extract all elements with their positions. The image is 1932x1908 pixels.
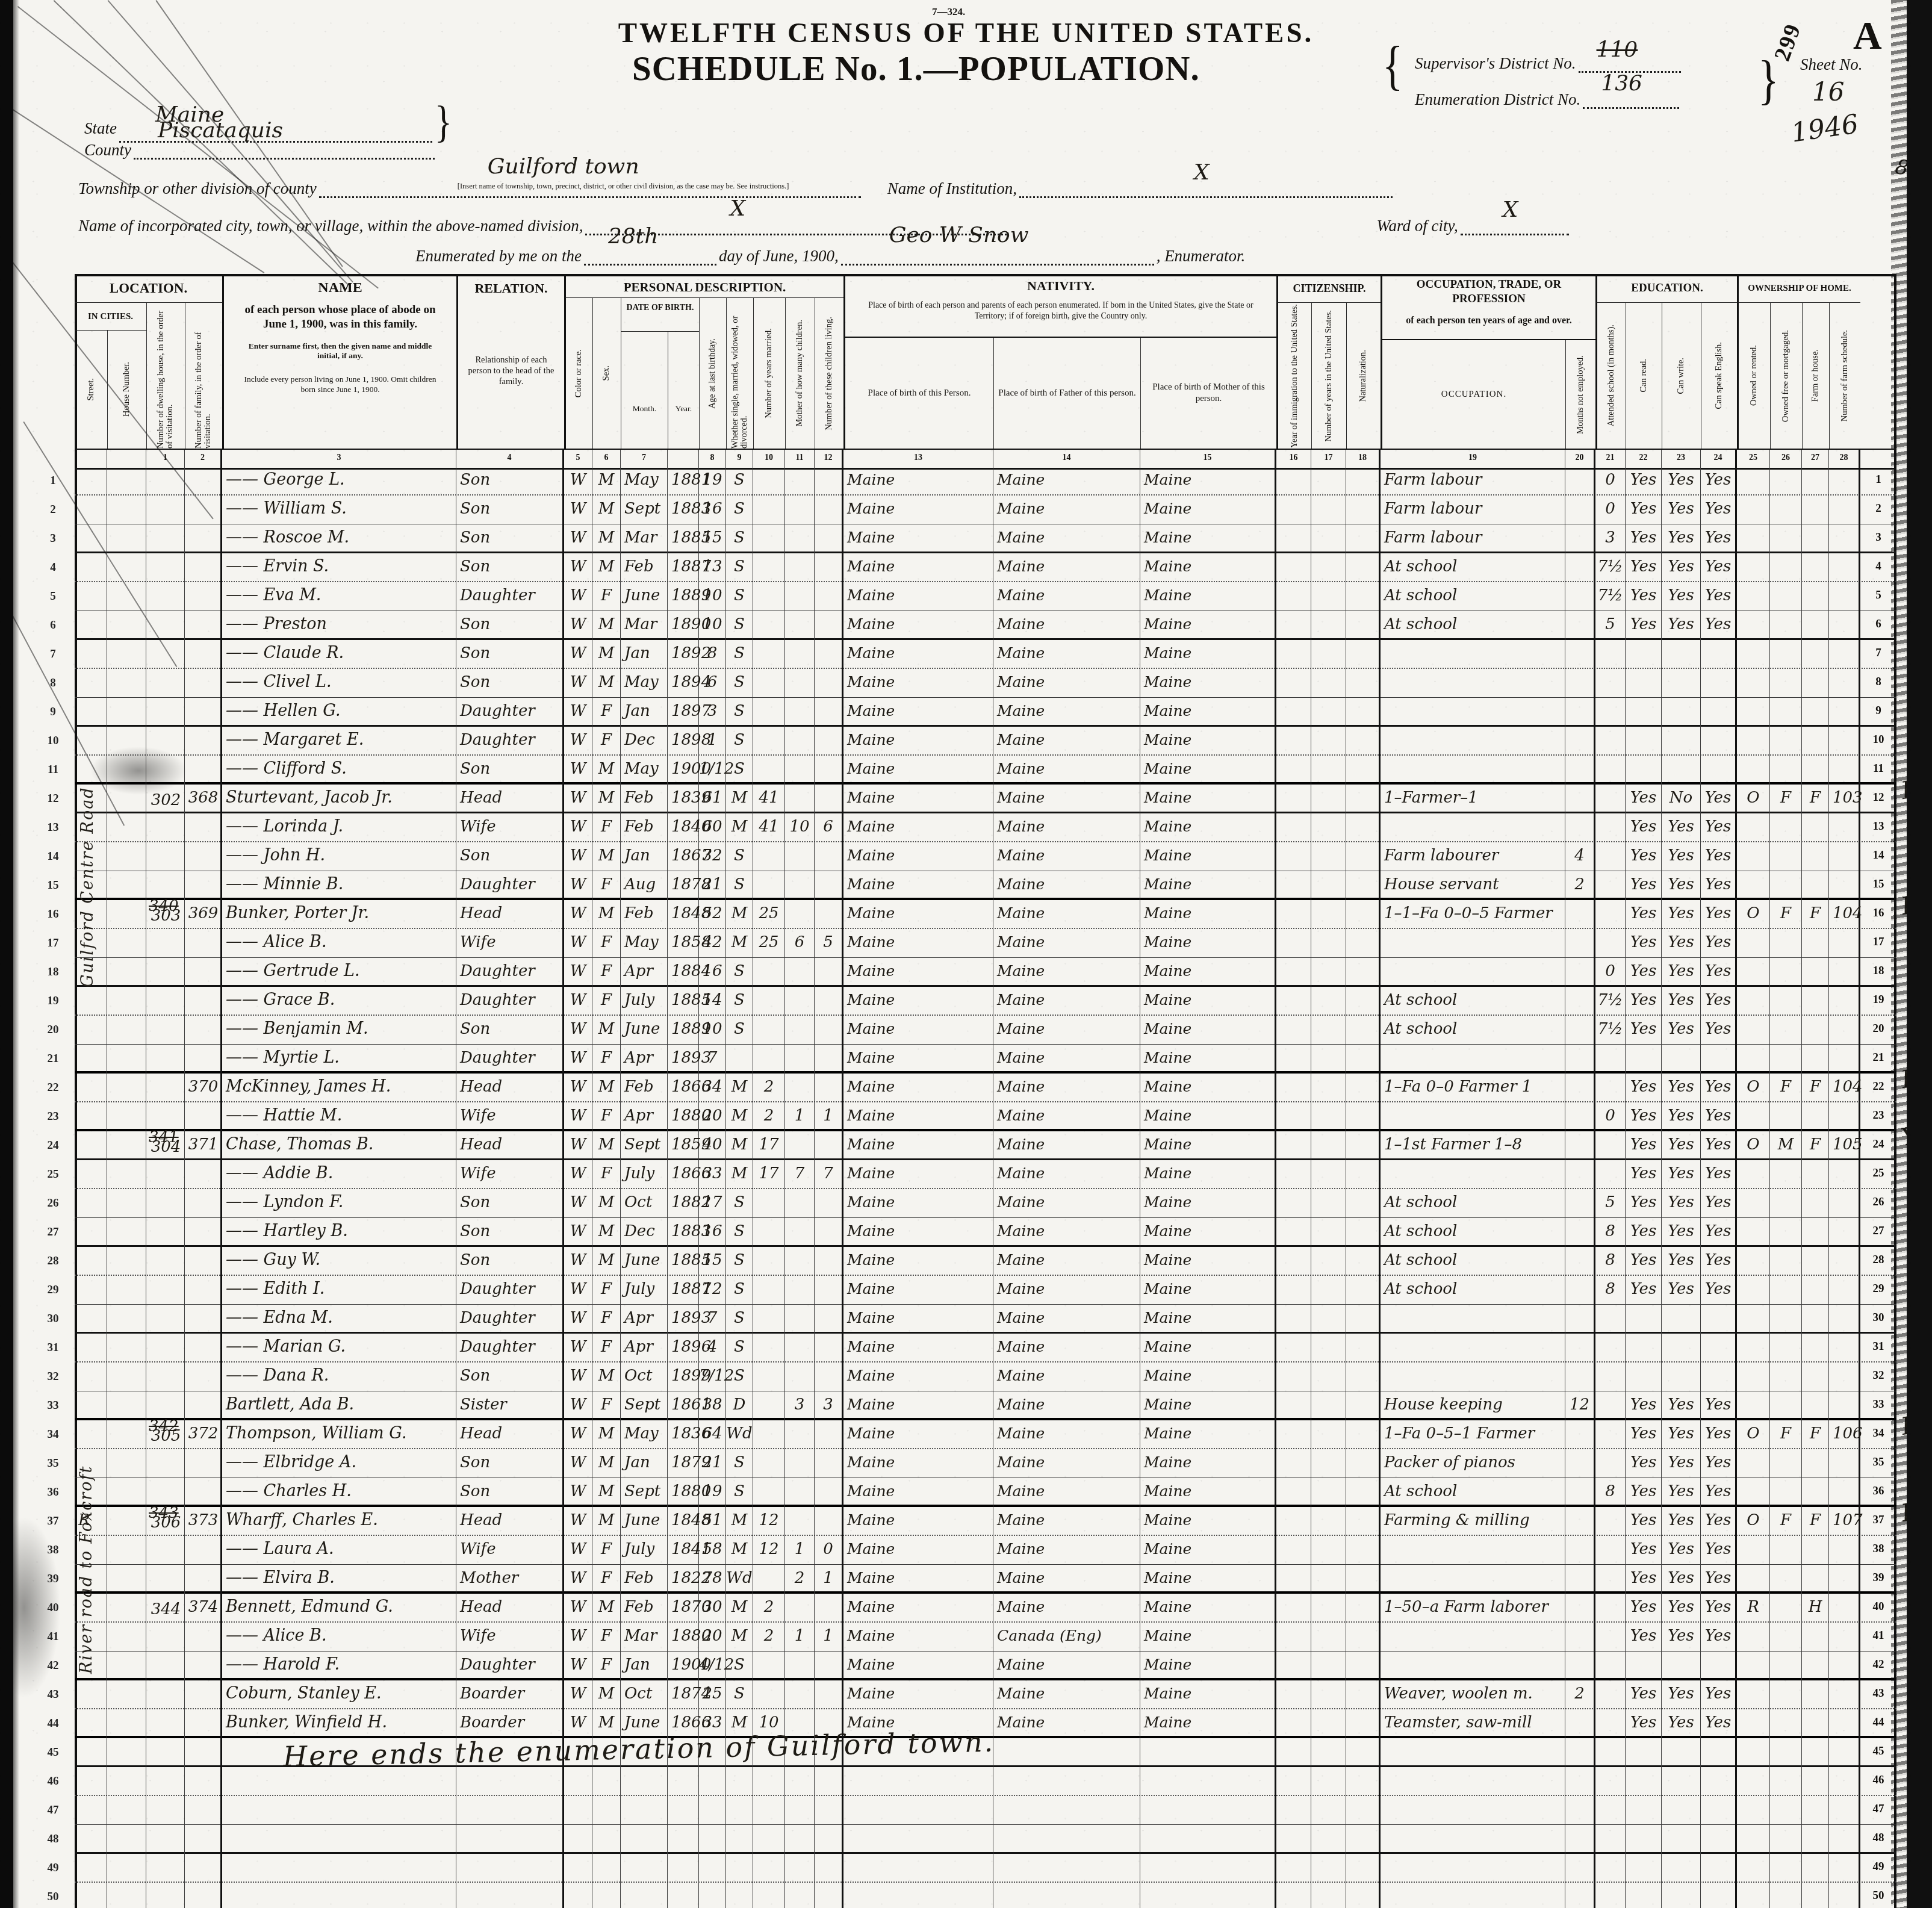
cell-ym-r40: 2 (753, 1594, 785, 1623)
cell-pb-r31: Maine (843, 1334, 993, 1363)
cell-mo-r18: Apr (621, 958, 668, 987)
cell-ag-r8: 6 (699, 669, 726, 698)
table-row-39: —— Elvira B.MotherWFFeb182278Wd21MaineMa… (75, 1565, 1896, 1594)
cell-ag-r19: 14 (699, 987, 726, 1016)
cell-wr-r16: Yes (1662, 900, 1701, 929)
cell-yr-r3: 1885 (668, 524, 699, 553)
cell-ne-r14: 4 (1565, 842, 1595, 871)
cell-en-r18: Yes (1701, 958, 1737, 987)
cell-cl-r23: 1 (815, 1102, 843, 1131)
cell-sc-r13 (1595, 813, 1626, 842)
cell-fm-r41 (185, 1623, 222, 1652)
cell-en-r50 (1701, 1883, 1737, 1908)
cell-ag-r49 (699, 1854, 726, 1883)
cell-fh-r16: F (1802, 900, 1829, 929)
table-row-35: —— Elbridge A.SonWMJan187921SMaineMaineM… (75, 1449, 1896, 1478)
cell-cl-r16 (815, 900, 843, 929)
cell-rd-r3: Yes (1626, 524, 1662, 553)
cell-na-r11 (1346, 756, 1381, 785)
cell-im-r2 (1276, 496, 1311, 524)
cell-mo-r6: Mar (621, 611, 668, 640)
cell-cl-r5 (815, 582, 843, 611)
cell-pf-r6: Maine (993, 611, 1140, 640)
col-farm-or-house: Farm or house. (1802, 303, 1829, 449)
cell-na-r12 (1346, 785, 1381, 813)
cell-en-r26: Yes (1701, 1189, 1737, 1218)
table-row-31: —— Marian G.DaughterWFApr18964SMaineMain… (75, 1334, 1896, 1363)
cell-hs-r8 (107, 669, 146, 698)
cell-fs-r2 (1829, 496, 1860, 524)
cell-yu-r45 (1311, 1738, 1346, 1767)
cell-pb-r37: Maine (843, 1507, 993, 1536)
cell-mo-r8: May (621, 669, 668, 698)
cell-rd-r32 (1626, 1363, 1662, 1391)
cell-pb-r35: Maine (843, 1449, 993, 1478)
group-occupation: OCCUPATION, TRADE, OR PROFESSION (1381, 274, 1595, 312)
cell-ym-r3 (753, 524, 785, 553)
cell-sc-r25 (1595, 1160, 1626, 1189)
cell-nm-r21: —— Myrtie L. (222, 1045, 456, 1074)
cell-rd-r2: Yes (1626, 496, 1662, 524)
cell-wr-r24: Yes (1662, 1131, 1701, 1160)
cell-pb-r29: Maine (843, 1276, 993, 1305)
cell-im-r42 (1276, 1652, 1311, 1680)
cell-fs-r22: 104 (1829, 1074, 1860, 1102)
cell-pf-r28: Maine (993, 1247, 1140, 1276)
cell-ym-r8 (753, 669, 785, 698)
cell-hs-r11 (107, 756, 146, 785)
cell-pm-r22: Maine (1140, 1074, 1276, 1102)
cell-ow-r45 (1737, 1738, 1770, 1767)
table-row-23: —— Hattie M.WifeWFApr188020M211MaineMain… (75, 1102, 1896, 1131)
cell-ow-r33 (1737, 1391, 1770, 1420)
colnum-en: 24 (1701, 450, 1737, 468)
cell-oc-r7 (1381, 640, 1565, 669)
cell-pb-r10: Maine (843, 727, 993, 756)
cell-pm-r20: Maine (1140, 1016, 1276, 1045)
cell-ne-r28 (1565, 1247, 1595, 1276)
cell-pb-r28: Maine (843, 1247, 993, 1276)
colnum-fm: 2 (185, 450, 222, 468)
cell-hs-r21 (107, 1045, 146, 1074)
cell-oc-r42 (1381, 1652, 1565, 1680)
col-children-living: Number of these children living. (815, 298, 843, 449)
cell-yr-r11: 1900 (668, 756, 699, 785)
cell-na-r34 (1346, 1420, 1381, 1449)
cell-oc-r29: At school (1381, 1276, 1565, 1305)
cell-yu-r10 (1311, 727, 1346, 756)
cell-mb-r8 (785, 669, 815, 698)
cell-rl-r33: Sister (456, 1391, 564, 1420)
cell-ne-r39 (1565, 1565, 1595, 1594)
table-row-14: —— John H.SonWMJan186732SMaineMaineMaine… (75, 842, 1896, 871)
brace-open: { (1382, 35, 1403, 98)
cell-wr-r23: Yes (1662, 1102, 1701, 1131)
cell-dw-r17 (146, 929, 185, 958)
cell-en-r1: Yes (1701, 467, 1737, 496)
cell-fh-r34: F (1802, 1420, 1829, 1449)
cell-en-r6: Yes (1701, 611, 1737, 640)
cell-na-r33 (1346, 1391, 1381, 1420)
cell-dw-r35 (146, 1449, 185, 1478)
cell-sc-r47 (1595, 1796, 1626, 1825)
cell-ym-r28 (753, 1247, 785, 1276)
cell-im-r26 (1276, 1189, 1311, 1218)
cell-rd-r15: Yes (1626, 871, 1662, 900)
cell-ms-r36: S (726, 1478, 753, 1507)
cell-fs-r13 (1829, 813, 1860, 842)
cell-rd-r42 (1626, 1652, 1662, 1680)
cell-pm-r16: Maine (1140, 900, 1276, 929)
cell-fh-r17 (1802, 929, 1829, 958)
cell-na-r25 (1346, 1160, 1381, 1189)
left-row-number-24: 24 (35, 1131, 71, 1160)
cell-na-r7 (1346, 640, 1381, 669)
cell-hs-r38 (107, 1536, 146, 1565)
cell-en-r42 (1701, 1652, 1737, 1680)
cell-oc-r13 (1381, 813, 1565, 842)
cell-wr-r10 (1662, 727, 1701, 756)
cell-hs-r14 (107, 842, 146, 871)
cell-yr-r32: 1899 (668, 1363, 699, 1391)
cell-pm-r46 (1140, 1767, 1276, 1796)
cell-nm-r10: —— Margaret E. (222, 727, 456, 756)
cell-rl-r25: Wife (456, 1160, 564, 1189)
cell-pm-r23: Maine (1140, 1102, 1276, 1131)
cell-ne-r35 (1565, 1449, 1595, 1478)
cell-ne-r3 (1565, 524, 1595, 553)
cell-oc-r11 (1381, 756, 1565, 785)
cell-fm-r26 (185, 1189, 222, 1218)
sheet-no-label: Sheet No. (1800, 55, 1862, 73)
cell-yu-r15 (1311, 871, 1346, 900)
cell-cl-r41: 1 (815, 1623, 843, 1652)
cell-hs-r36 (107, 1478, 146, 1507)
cell-pb-r8: Maine (843, 669, 993, 698)
left-row-number-47: 47 (35, 1796, 71, 1825)
cell-mb-r41: 1 (785, 1623, 815, 1652)
cell-ag-r1: 19 (699, 467, 726, 496)
cell-co-r22: W (564, 1074, 592, 1102)
cell-fh-r4 (1802, 553, 1829, 582)
cell-oc-r27: At school (1381, 1218, 1565, 1247)
cell-fm-r2 (185, 496, 222, 524)
cell-pm-r13: Maine (1140, 813, 1276, 842)
cell-pf-r50 (993, 1883, 1140, 1908)
cell-ag-r13: 60 (699, 813, 726, 842)
cell-pm-r29: Maine (1140, 1276, 1276, 1305)
cell-sc-r45 (1595, 1738, 1626, 1767)
cell-ow-r2 (1737, 496, 1770, 524)
cell-ne-r45 (1565, 1738, 1595, 1767)
cell-pm-r1: Maine (1140, 467, 1276, 496)
cell-ms-r34: Wd (726, 1420, 753, 1449)
cell-yr-r18: 1884 (668, 958, 699, 987)
cell-ag-r6: 10 (699, 611, 726, 640)
cell-ow-r11 (1737, 756, 1770, 785)
cell-fm-r1 (185, 467, 222, 496)
margin-handwritten-year: 1946 (1789, 108, 1860, 148)
cell-yu-r48 (1311, 1825, 1346, 1854)
institution-label: Name of Institution, (887, 179, 1017, 197)
cell-yr-r15: 1878 (668, 871, 699, 900)
cell-ne-r6 (1565, 611, 1595, 640)
cell-mb-r31 (785, 1334, 815, 1363)
cell-pf-r20: Maine (993, 1016, 1140, 1045)
cell-dw-r50 (146, 1883, 185, 1908)
cell-ms-r50 (726, 1883, 753, 1908)
cell-ow-r21 (1737, 1045, 1770, 1074)
cell-fh-r2 (1802, 496, 1829, 524)
cell-ne-r11 (1565, 756, 1595, 785)
cell-en-r39: Yes (1701, 1565, 1737, 1594)
cell-fh-r42 (1802, 1652, 1829, 1680)
enumerated-day: 28th (608, 224, 658, 249)
cell-en-r22: Yes (1701, 1074, 1737, 1102)
cell-yr-r41: 1880 (668, 1623, 699, 1652)
cell-fm-r14 (185, 842, 222, 871)
cell-co-r15: W (564, 871, 592, 900)
cell-cl-r2 (815, 496, 843, 524)
cell-nm-r11: —— Clifford S. (222, 756, 456, 785)
cell-rl-r34: Head (456, 1420, 564, 1449)
cell-yr-r30: 1893 (668, 1305, 699, 1334)
cell-yu-r33 (1311, 1391, 1346, 1420)
table-row-26: —— Lyndon F.SonWMOct188217SMaineMaineMai… (75, 1189, 1896, 1218)
left-row-number-39: 39 (35, 1565, 71, 1594)
cell-sc-r32 (1595, 1363, 1626, 1391)
cell-en-r23: Yes (1701, 1102, 1737, 1131)
cell-sx-r14: M (592, 842, 621, 871)
cell-oc-r17 (1381, 929, 1565, 958)
cell-mo-r21: Apr (621, 1045, 668, 1074)
cell-sx-r13: F (592, 813, 621, 842)
cell-na-r22 (1346, 1074, 1381, 1102)
cell-mg-r32 (1770, 1363, 1802, 1391)
cell-hs-r48 (107, 1825, 146, 1854)
cell-im-r17 (1276, 929, 1311, 958)
cell-ym-r23: 2 (753, 1102, 785, 1131)
cell-mb-r36 (785, 1478, 815, 1507)
cell-cl-r28 (815, 1247, 843, 1276)
schedule-title: SCHEDULE No. 1.—POPULATION. (632, 49, 1200, 89)
cell-ms-r9: S (726, 698, 753, 727)
cell-na-r49 (1346, 1854, 1381, 1883)
left-row-number-48: 48 (35, 1825, 71, 1854)
cell-sc-r10 (1595, 727, 1626, 756)
cell-rd-r18: Yes (1626, 958, 1662, 987)
table-row-28: —— Guy W.SonWMJune188515SMaineMaineMaine… (75, 1247, 1896, 1276)
cell-yu-r6 (1311, 611, 1346, 640)
cell-pm-r31: Maine (1140, 1334, 1276, 1363)
cell-im-r40 (1276, 1594, 1311, 1623)
cell-dw-r28 (146, 1247, 185, 1276)
cell-en-r33: Yes (1701, 1391, 1737, 1420)
cell-co-r31: W (564, 1334, 592, 1363)
cell-hs-r10 (107, 727, 146, 756)
cell-sc-r41 (1595, 1623, 1626, 1652)
cell-mg-r11 (1770, 756, 1802, 785)
state-label: State (84, 119, 117, 137)
cell-sc-r49 (1595, 1854, 1626, 1883)
cell-wr-r15: Yes (1662, 871, 1701, 900)
cell-yu-r31 (1311, 1334, 1346, 1363)
cell-fs-r27 (1829, 1218, 1860, 1247)
left-row-number-14: 14 (35, 842, 71, 871)
cell-na-r24 (1346, 1131, 1381, 1160)
cell-fm-r4 (185, 553, 222, 582)
cell-yu-r46 (1311, 1767, 1346, 1796)
cell-pf-r18: Maine (993, 958, 1140, 987)
cell-sc-r11 (1595, 756, 1626, 785)
cell-st-r20 (75, 1016, 107, 1045)
cell-ms-r31: S (726, 1334, 753, 1363)
cell-fh-r15 (1802, 871, 1829, 900)
left-row-number-43: 43 (35, 1680, 71, 1709)
cell-pf-r47 (993, 1796, 1140, 1825)
cell-oc-r50 (1381, 1883, 1565, 1908)
col-family-number: Number of family, in the order of visita… (185, 303, 222, 449)
cell-ow-r25 (1737, 1160, 1770, 1189)
cell-sx-r34: M (592, 1420, 621, 1449)
cell-ms-r48 (726, 1825, 753, 1854)
cell-mo-r13: Feb (621, 813, 668, 842)
cell-fs-r35 (1829, 1449, 1860, 1478)
cell-pm-r45 (1140, 1738, 1276, 1767)
cell-yu-r20 (1311, 1016, 1346, 1045)
county-label: County (84, 141, 131, 159)
cell-sc-r34 (1595, 1420, 1626, 1449)
cell-sc-r38 (1595, 1536, 1626, 1565)
cell-en-r2: Yes (1701, 496, 1737, 524)
cell-im-r25 (1276, 1160, 1311, 1189)
cell-na-r45 (1346, 1738, 1381, 1767)
cell-na-r31 (1346, 1334, 1381, 1363)
cell-mg-r10 (1770, 727, 1802, 756)
cell-fs-r36 (1829, 1478, 1860, 1507)
brace-close: } (435, 96, 452, 148)
cell-st-r50 (75, 1883, 107, 1908)
cell-pb-r5: Maine (843, 582, 993, 611)
cell-pb-r48 (843, 1825, 993, 1854)
cell-fm-r15 (185, 871, 222, 900)
cell-ne-r37 (1565, 1507, 1595, 1536)
cell-co-r46 (564, 1767, 592, 1796)
cell-mb-r47 (785, 1796, 815, 1825)
cell-ne-r43: 2 (1565, 1680, 1595, 1709)
cell-oc-r48 (1381, 1825, 1565, 1854)
cell-mo-r22: Feb (621, 1074, 668, 1102)
colnum-oc: 19 (1381, 450, 1565, 468)
cell-ow-r50 (1737, 1883, 1770, 1908)
cell-cl-r3 (815, 524, 843, 553)
cell-co-r6: W (564, 611, 592, 640)
name-desc-main: of each person whose place of abode on J… (224, 299, 456, 332)
cell-oc-r34: 1–Fa 0–5–1 Farmer (1381, 1420, 1565, 1449)
cell-sc-r30 (1595, 1305, 1626, 1334)
cell-sx-r8: M (592, 669, 621, 698)
cell-co-r4: W (564, 553, 592, 582)
col-speak-english: Can speak English. (1701, 303, 1737, 449)
cell-rl-r2: Son (456, 496, 564, 524)
cell-mb-r15 (785, 871, 815, 900)
cell-fm-r23 (185, 1102, 222, 1131)
cell-pb-r9: Maine (843, 698, 993, 727)
cell-co-r8: W (564, 669, 592, 698)
cell-im-r11 (1276, 756, 1311, 785)
cell-na-r15 (1346, 871, 1381, 900)
cell-pb-r27: Maine (843, 1218, 993, 1247)
cell-im-r1 (1276, 467, 1311, 496)
cell-pm-r19: Maine (1140, 987, 1276, 1016)
cell-dw-r49 (146, 1854, 185, 1883)
cell-st-r19 (75, 987, 107, 1016)
cell-rl-r39: Mother (456, 1565, 564, 1594)
cell-pf-r4: Maine (993, 553, 1140, 582)
cell-mb-r3 (785, 524, 815, 553)
cell-sc-r9 (1595, 698, 1626, 727)
cell-fh-r19 (1802, 987, 1829, 1016)
cell-cl-r6 (815, 611, 843, 640)
cell-co-r36: W (564, 1478, 592, 1507)
nativity-note-box: Place of birth of each person and parent… (843, 294, 1276, 338)
cell-rd-r11 (1626, 756, 1662, 785)
cell-en-r12: Yes (1701, 785, 1737, 813)
cell-en-r7 (1701, 640, 1737, 669)
cell-ne-r46 (1565, 1767, 1595, 1796)
cell-sx-r1: M (592, 467, 621, 496)
cell-rl-r28: Son (456, 1247, 564, 1276)
cell-pf-r2: Maine (993, 496, 1140, 524)
cell-co-r16: W (564, 900, 592, 929)
cell-mo-r47 (621, 1796, 668, 1825)
cell-fs-r33 (1829, 1391, 1860, 1420)
cell-hs-r15 (107, 871, 146, 900)
cell-mg-r37: F (1770, 1507, 1802, 1536)
left-row-number-32: 32 (35, 1363, 71, 1391)
cell-ym-r24: 17 (753, 1131, 785, 1160)
cell-ow-r35 (1737, 1449, 1770, 1478)
cell-cl-r33: 3 (815, 1391, 843, 1420)
cell-yr-r23: 1880 (668, 1102, 699, 1131)
cell-dw-r44 (146, 1709, 185, 1738)
cell-rd-r7 (1626, 640, 1662, 669)
cell-cl-r27 (815, 1218, 843, 1247)
cell-pb-r43: Maine (843, 1680, 993, 1709)
cell-fs-r41 (1829, 1623, 1860, 1652)
cell-pf-r9: Maine (993, 698, 1140, 727)
table-row-27: —— Hartley B.SonWMDec188316SMaineMaineMa… (75, 1218, 1896, 1247)
cell-yu-r49 (1311, 1854, 1346, 1883)
cell-cl-r11 (815, 756, 843, 785)
cell-mb-r7 (785, 640, 815, 669)
left-row-number-38: 38 (35, 1536, 71, 1565)
cell-co-r35: W (564, 1449, 592, 1478)
cell-ne-r26 (1565, 1189, 1595, 1218)
cell-im-r8 (1276, 669, 1311, 698)
cell-nm-r38: —— Laura A. (222, 1536, 456, 1565)
cell-mg-r29 (1770, 1276, 1802, 1305)
cell-pb-r46 (843, 1767, 993, 1796)
cell-yr-r4: 1887 (668, 553, 699, 582)
cell-mo-r1: May (621, 467, 668, 496)
cell-ag-r15: 21 (699, 871, 726, 900)
cell-fm-r16: 369 (185, 900, 222, 929)
cell-sx-r24: M (592, 1131, 621, 1160)
left-row-number-35: 35 (35, 1449, 71, 1478)
cell-co-r14: W (564, 842, 592, 871)
cell-mo-r32: Oct (621, 1363, 668, 1391)
